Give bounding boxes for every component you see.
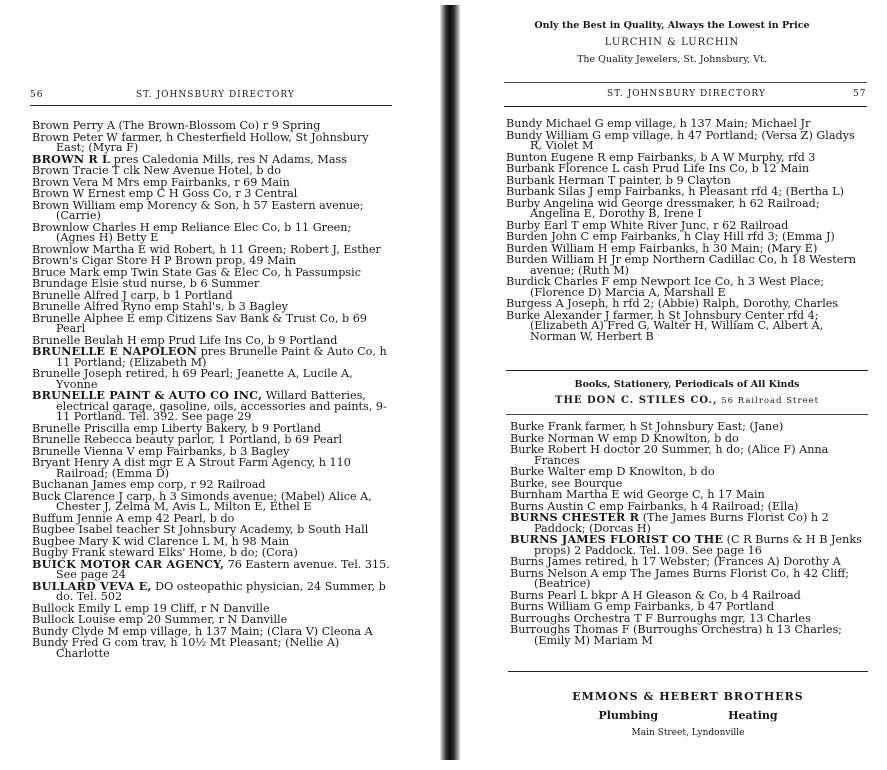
ad-sub: The Quality Jewelers, St. Johnsbury, Vt. (502, 54, 842, 65)
page-number-left: 56 (30, 90, 43, 100)
directory-entry: Brunelle Joseph retired, h 69 Pearl; Jea… (32, 368, 392, 390)
stiles-ad: Books, Stationery, Periodicals of All Ki… (506, 379, 868, 406)
directory-entry: BURNS JAMES FLORIST CO THE (C R Burns & … (510, 534, 870, 556)
right-page: Only the Best in Quality, Always the Low… (462, 0, 887, 770)
ad-services: Plumbing Heating (508, 709, 868, 722)
directory-entry: Burke Robert H doctor 20 Summer, h do; (… (510, 444, 870, 466)
directory-entry: Brown Peter W farmer, h Chesterfield Hol… (32, 132, 392, 154)
ad-firm: LURCHIN & LURCHIN (502, 37, 842, 48)
entry-text: Burdick Charles F emp Newport Ice Co, h … (506, 275, 824, 299)
directory-entry: BRUNELLE PAINT & AUTO CO INC, Willard Ba… (32, 390, 392, 423)
entry-text: Brown William emp Morency & Son, h 57 Ea… (32, 199, 364, 223)
entry-text: Burke Robert H doctor 20 Summer, h do; (… (510, 443, 828, 467)
directory-entry: Brownlow Charles H emp Reliance Elec Co,… (32, 222, 392, 244)
entry-text: Bundy William G emp village, h 47 Portla… (506, 129, 855, 153)
entry-text: Brownlow Charles H emp Reliance Elec Co,… (32, 221, 351, 245)
entry-text: Burby Angelina wid George dressmaker, h … (506, 197, 820, 221)
directory-entries-right-b: Burke Frank farmer, h St Johnsbury East;… (510, 421, 870, 646)
ad-service-plumbing: Plumbing (598, 709, 658, 722)
ad-tagline: Only the Best in Quality, Always the Low… (502, 20, 842, 31)
directory-entry: Burns Nelson A emp The James Burns Flori… (510, 568, 870, 590)
directory-entry: Brunelle Alphee E emp Citizens Sav Bank … (32, 313, 392, 335)
entry-text: Burden William H Jr emp Northern Cadilla… (506, 253, 856, 277)
directory-entry: BUICK MOTOR CAR AGENCY, 76 Eastern avenu… (32, 559, 392, 581)
directory-entry: BURNS CHESTER R (The James Burns Florist… (510, 512, 870, 534)
running-head-left: ST. JOHNSBURY DIRECTORY (136, 90, 295, 100)
entry-text: Burns Nelson A emp The James Burns Flori… (510, 567, 849, 591)
lurchin-ad: Only the Best in Quality, Always the Low… (502, 20, 842, 65)
directory-entry: Bundy William G emp village, h 47 Portla… (506, 130, 866, 152)
directory-entry: Buck Clarence J carp, h 3 Simonds avenue… (32, 491, 392, 513)
directory-entry: Burby Angelina wid George dressmaker, h … (506, 198, 866, 220)
footer-rule-right (508, 671, 868, 672)
ad-sub: Main Street, Lyndonville (508, 728, 868, 738)
entry-text: Brunelle Joseph retired, h 69 Pearl; Jea… (32, 367, 353, 391)
ad-tagline: Books, Stationery, Periodicals of All Ki… (506, 379, 868, 390)
header-rule-right (504, 106, 867, 107)
book-spine (440, 5, 460, 760)
directory-entry: Bryant Henry A dist mgr E A Strout Farm … (32, 457, 392, 479)
header-rule-top-right (504, 82, 867, 83)
directory-entry: BULLARD VEVA E, DO osteopathic physician… (32, 581, 392, 603)
directory-entry: Burke Alexander J farmer, h St Johnsbury… (506, 310, 866, 343)
directory-entry: Burroughs Thomas F (Burroughs Orchestra)… (510, 624, 870, 646)
ad-rule-top (506, 370, 868, 371)
entry-text: Buck Clarence J carp, h 3 Simonds avenue… (32, 490, 372, 514)
directory-entries-left: Brown Perry A (The Brown-Blossom Co) r 9… (32, 120, 392, 659)
entry-text: Brown Peter W farmer, h Chesterfield Hol… (32, 131, 369, 155)
entry-text: Burroughs Thomas F (Burroughs Orchestra)… (510, 623, 842, 647)
ad-firm: EMMONS & HEBERT BROTHERS (508, 690, 868, 703)
emmons-hebert-ad: EMMONS & HEBERT BROTHERS Plumbing Heatin… (508, 684, 868, 738)
page-number-right: 57 (853, 89, 866, 99)
entry-text: Brunelle Alphee E emp Citizens Sav Bank … (32, 312, 367, 336)
left-page: 56 ST. JOHNSBURY DIRECTORY Brown Perry A… (0, 0, 430, 770)
directory-entry: Brown William emp Morency & Son, h 57 Ea… (32, 200, 392, 222)
directory-entry: BRUNELLE E NAPOLEON pres Brunelle Paint … (32, 346, 392, 368)
entry-text: Bryant Henry A dist mgr E A Strout Farm … (32, 456, 351, 480)
running-head-right: ST. JOHNSBURY DIRECTORY (607, 89, 766, 99)
directory-entry: Burdick Charles F emp Newport Ice Co, h … (506, 276, 866, 298)
ad-firm: THE DON C. STILES CO., 56 Railroad Stree… (506, 395, 868, 406)
directory-entry: Burden William H Jr emp Northern Cadilla… (506, 254, 866, 276)
directory-entry: Bundy Fred G com trav, h 10½ Mt Pleasant… (32, 637, 392, 659)
entry-text: Bundy Fred G com trav, h 10½ Mt Pleasant… (32, 636, 339, 660)
ad-firm-name: THE DON C. STILES CO., (555, 395, 718, 406)
directory-entries-right-a: Bundy Michael G emp village, h 137 Main;… (506, 118, 866, 342)
ad-address: 56 Railroad Street (718, 396, 820, 406)
ad-rule-bottom (506, 414, 868, 415)
ad-service-heating: Heating (728, 709, 777, 722)
entry-text: Burke Alexander J farmer, h St Johnsbury… (506, 309, 823, 343)
header-rule-left (30, 105, 392, 106)
